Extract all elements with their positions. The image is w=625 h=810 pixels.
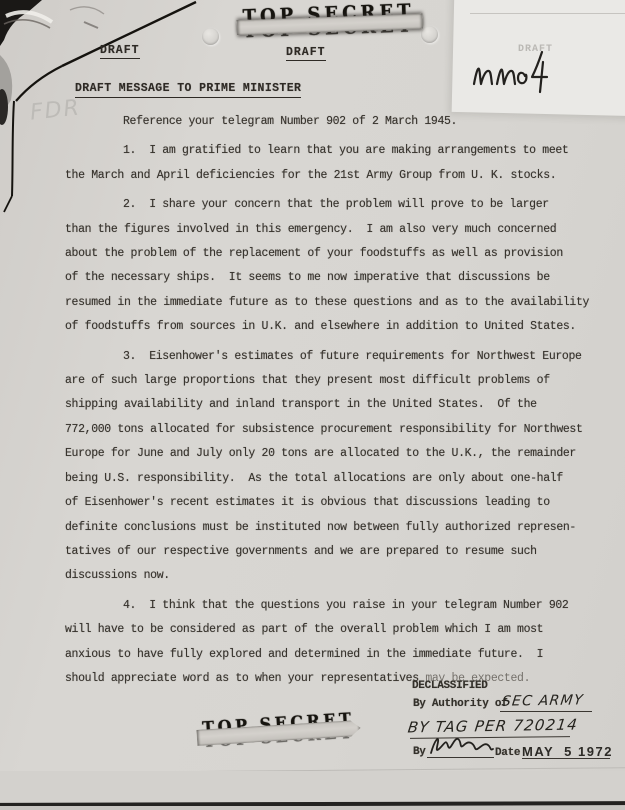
authority-value-handwritten: SEC ARMY — [501, 692, 585, 709]
by-label: By — [413, 746, 426, 758]
text-line: Europe for June and July only 20 tons ar… — [65, 442, 589, 466]
text-line: Reference your telegram Number 902 of 2 … — [65, 110, 589, 134]
text-line: of Eisenhower's recent estimates it is o… — [65, 491, 589, 515]
paragraph-lines: 1. I am gratified to learn that you are … — [65, 139, 589, 188]
paragraph-4-last-line: should appreciate word as to when your r… — [65, 667, 589, 691]
paragraph-3: 3. Eisenhower's estimates of future requ… — [65, 345, 589, 589]
document-title: DRAFT MESSAGE TO PRIME MINISTER — [75, 82, 301, 98]
text-line: are of such large proportions that they … — [65, 369, 589, 393]
draft-label-center: DRAFT — [286, 46, 326, 61]
authority-underline — [500, 711, 592, 712]
text-line: of the necessary ships. It seems to me n… — [65, 266, 589, 290]
reference-line-paragraph: Reference your telegram Number 902 of 2 … — [65, 110, 589, 134]
text-line: being U.S. responsibility. As the total … — [65, 467, 589, 491]
paragraph-lines: 4. I think that the questions you raise … — [65, 594, 589, 667]
text-line: discussions now. — [65, 564, 589, 588]
punch-hole-right — [421, 26, 438, 43]
date-stamp-value: MAY 5 1972 — [522, 744, 613, 759]
date-underline — [522, 758, 610, 759]
authority-label: By Authority of — [413, 698, 508, 710]
text-line: than the figures involved in this emerge… — [65, 218, 589, 242]
text-line: of foodstuffs from sources in U.K. and e… — [65, 315, 589, 339]
paragraph-lines: 3. Eisenhower's estimates of future requ… — [65, 345, 589, 589]
text-line: 3. Eisenhower's estimates of future requ… — [65, 345, 589, 369]
text-line: about the problem of the replacement of … — [65, 242, 589, 266]
date-label: Date — [495, 747, 520, 759]
punch-hole-left — [202, 28, 219, 45]
scan-backing-band — [0, 771, 625, 802]
text-line: the March and April deficiencies for the… — [65, 164, 589, 188]
scanned-document-page: DRAFT FDR TOP SECRET TOP SECRET DRAFT — [0, 0, 625, 810]
text-line: 2. I share your concern that the problem… — [65, 193, 589, 217]
paragraph-lines: 2. I share your concern that the problem… — [65, 193, 589, 339]
document-body: Reference your telegram Number 902 of 2 … — [65, 110, 589, 691]
text-line: tatives of our respective governments an… — [65, 540, 589, 564]
paragraph-1: 1. I am gratified to learn that you are … — [65, 139, 589, 188]
handwritten-corner-note-nno4 — [464, 46, 564, 98]
top-secret-stamp-bottom: TOP SECRET TOP SECRET — [202, 710, 353, 765]
last-line-main: should appreciate word as to when your r… — [65, 672, 425, 685]
signature-underline — [427, 757, 494, 758]
text-line: will have to be considered as part of th… — [65, 618, 589, 642]
draft-label-left: DRAFT — [100, 44, 140, 59]
paragraph-2: 2. I share your concern that the problem… — [65, 193, 589, 339]
text-line: definite conclusions must be instituted … — [65, 516, 589, 540]
patch-edge-line — [470, 13, 625, 14]
signature-scribble — [428, 733, 496, 759]
text-line: 772,000 tons allocated for subsistence p… — [65, 418, 589, 442]
text-line: anxious to have fully explored and deter… — [65, 643, 589, 667]
declassified-stamp-title: DECLASSIFIED — [412, 680, 488, 692]
text-line: resumed in the immediate future as to th… — [65, 291, 589, 315]
top-secret-stamp-top: TOP SECRET TOP SECRET — [242, 1, 414, 53]
text-line: shipping availability and inland transpo… — [65, 393, 589, 417]
paragraph-lines: Reference your telegram Number 902 of 2 … — [65, 110, 589, 134]
text-line: 4. I think that the questions you raise … — [65, 594, 589, 618]
paragraph-4: 4. I think that the questions you raise … — [65, 594, 589, 692]
scan-edge-bottom-strip — [0, 806, 625, 810]
text-line: 1. I am gratified to learn that you are … — [65, 139, 589, 163]
